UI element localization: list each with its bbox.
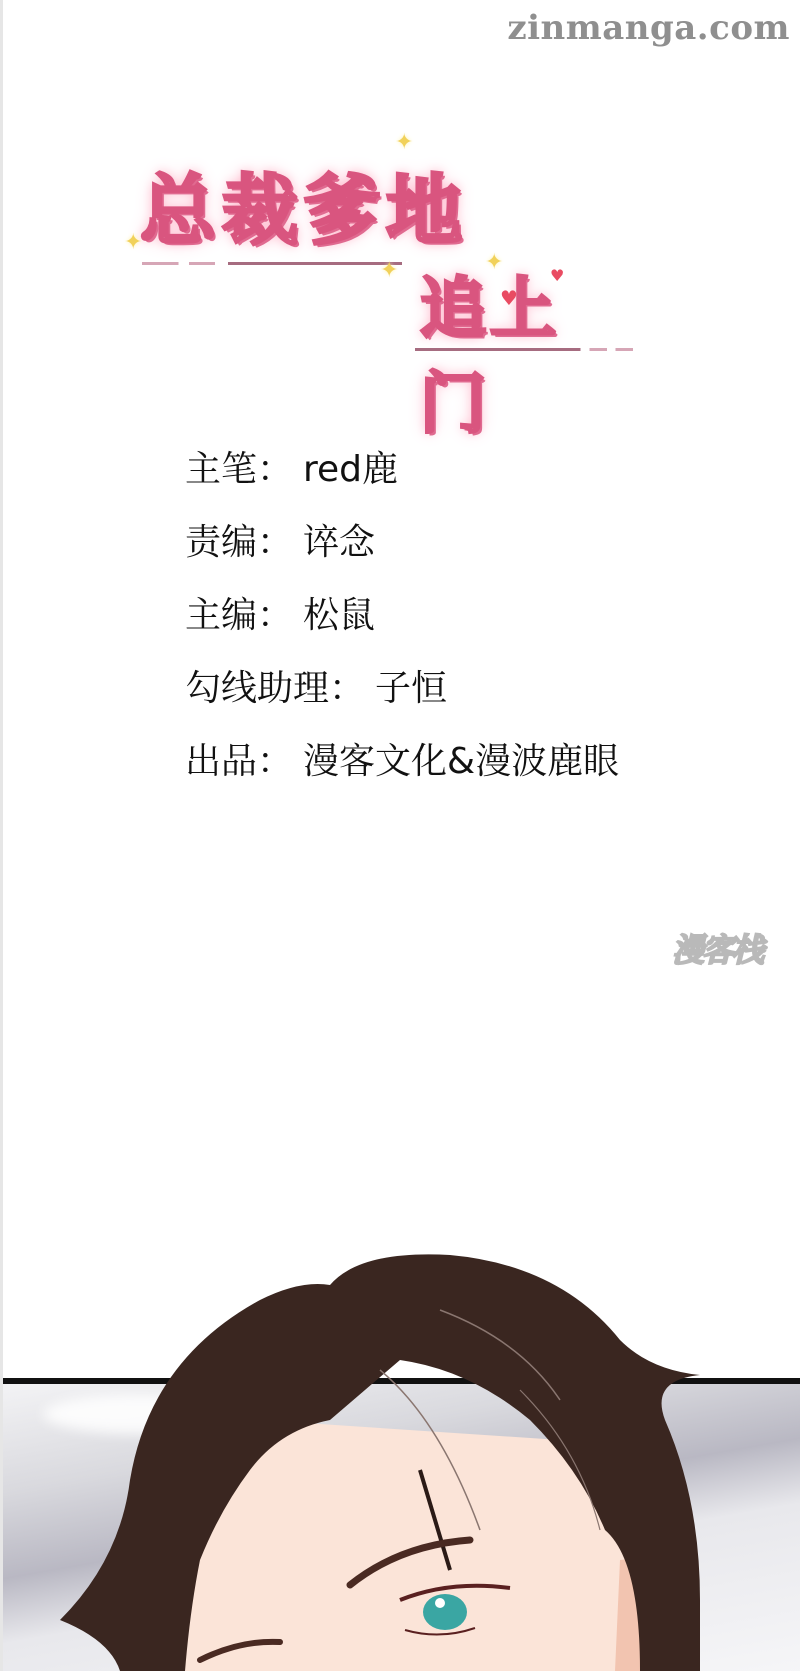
credit-value: 谇念 xyxy=(303,522,375,563)
sparkle-icon: ✦ xyxy=(124,232,142,254)
credit-line-line-assistant: 勾线助理：子恒 xyxy=(185,664,619,737)
credit-line-editor: 责编：谇念 xyxy=(185,518,619,591)
credits-list: 主笔：red鹿 责编：谇念 主编：松鼠 勾线助理：子恒 出品：漫客文化&漫波鹿眼 xyxy=(185,445,619,810)
heart-icon: ♥ xyxy=(550,268,564,284)
title-underline-1 xyxy=(142,262,402,265)
credit-line-producer: 出品：漫客文化&漫波鹿眼 xyxy=(185,737,619,810)
comic-panel xyxy=(3,1378,800,1671)
sparkle-icon: ✦ xyxy=(485,252,503,274)
sparkle-icon: ✦ xyxy=(380,260,398,282)
sparkle-icon: ✦ xyxy=(395,132,413,154)
credit-value: 漫客文化&漫波鹿眼 xyxy=(303,741,619,782)
credit-label: 勾线助理： xyxy=(185,668,365,709)
credit-value: 子恒 xyxy=(375,668,447,709)
panel-light-spot xyxy=(43,1394,243,1434)
credit-label: 出品： xyxy=(185,741,293,782)
title-underline-2 xyxy=(415,348,633,351)
publisher-watermark: 漫客栈 xyxy=(672,925,762,971)
heart-icon: ♥ xyxy=(500,288,518,308)
credit-value: red鹿 xyxy=(303,449,398,490)
credit-value: 松鼠 xyxy=(303,595,375,636)
credit-label: 主编： xyxy=(185,595,293,636)
credit-line-chief-editor: 主编：松鼠 xyxy=(185,591,619,664)
title-line-1: 总裁爹地 xyxy=(140,150,468,259)
site-watermark: zinmanga.com xyxy=(507,8,790,48)
title-logo: 总裁爹地 追上门 ✦ ✦ ✦ ✦ ♥ ♥ xyxy=(130,140,610,360)
credit-line-artist: 主笔：red鹿 xyxy=(185,445,619,518)
credit-label: 责编： xyxy=(185,522,293,563)
credit-label: 主笔： xyxy=(185,449,293,490)
